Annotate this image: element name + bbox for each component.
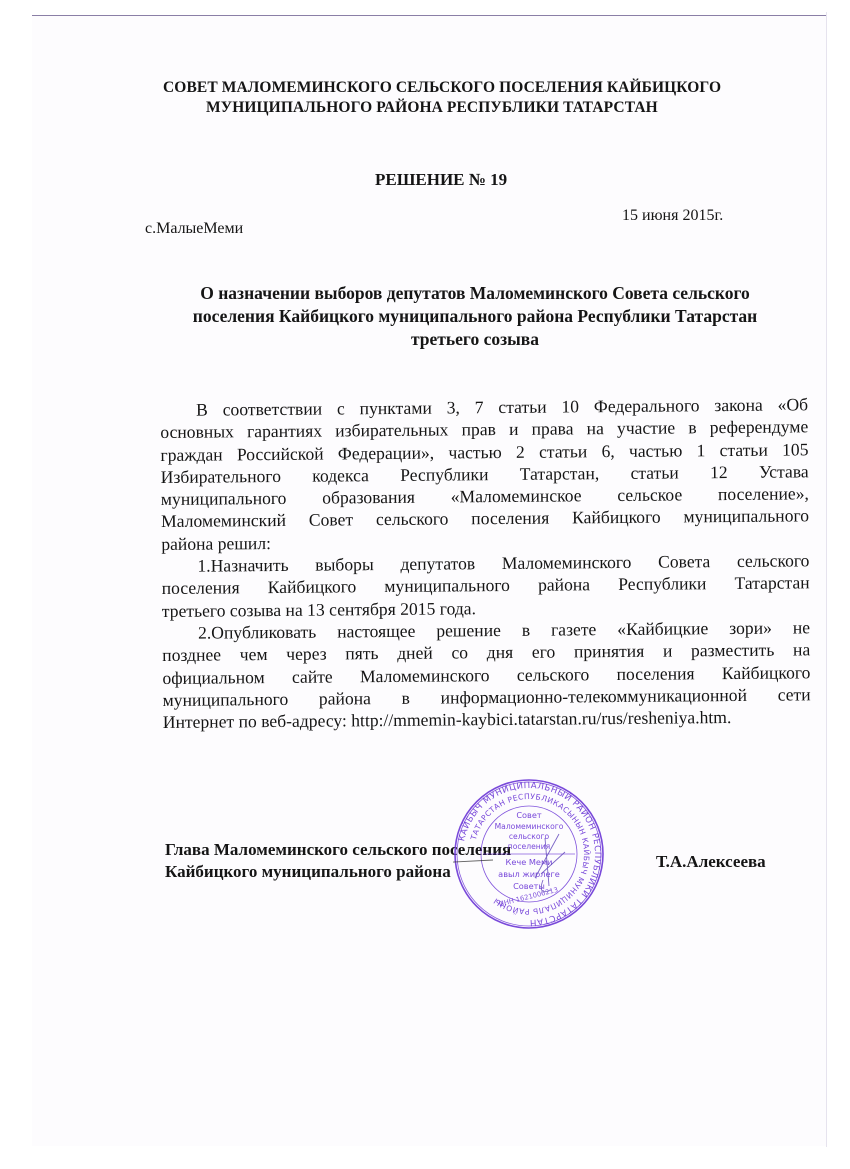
item-2-paragraph: 2.Опубликовать настоящее решение в газет… bbox=[162, 616, 811, 733]
svg-text:Маломеминского: Маломеминского bbox=[495, 822, 564, 831]
preamble-paragraph: В соответствии с пунктами 3, 7 статьи 10… bbox=[160, 393, 809, 555]
decision-subject: О назначении выборов депутатов Маломемин… bbox=[150, 282, 800, 351]
subject-line-2: поселения Кайбицкого муниципального райо… bbox=[150, 305, 800, 328]
decision-title: РЕШЕНИЕ № 19 bbox=[375, 170, 507, 190]
signatory-name: Т.А.Алексеева bbox=[656, 851, 766, 873]
page-edge bbox=[826, 12, 827, 1147]
svg-text:авыл жирлеге: авыл жирлеге bbox=[498, 869, 560, 879]
official-stamp: КАЙБЫЧ МУНИЦИПАЛЬНЫЙ РАЙОН РЕСПУБЛИКИ ТА… bbox=[453, 778, 605, 930]
svg-text:Совет: Совет bbox=[516, 810, 542, 820]
subject-line-1: О назначении выборов депутатов Маломемин… bbox=[150, 282, 800, 305]
subject-line-3: третьего созыва bbox=[150, 328, 800, 351]
decision-date: 15 июня 2015г. bbox=[622, 207, 723, 225]
svg-text:сельского: сельского bbox=[509, 832, 550, 841]
stamp-seal-icon: КАЙБЫЧ МУНИЦИПАЛЬНЫЙ РАЙОН РЕСПУБЛИКИ ТА… bbox=[453, 778, 605, 930]
decision-place: с.МалыеМеми bbox=[145, 220, 243, 238]
svg-text:поселения: поселения bbox=[508, 842, 550, 851]
decision-body: В соответствии с пунктами 3, 7 статьи 10… bbox=[160, 393, 811, 733]
item-1-paragraph: 1.Назначить выборы депутатов Маломеминск… bbox=[161, 549, 810, 622]
council-header-line-2: МУНИЦИПАЛЬНОГО РАЙОНА РЕСПУБЛИКИ ТАТАРСТ… bbox=[206, 99, 658, 117]
council-header-line-1: СОВЕТ МАЛОМЕМИНСКОГО СЕЛЬСКОГО ПОСЕЛЕНИЯ… bbox=[163, 79, 721, 97]
